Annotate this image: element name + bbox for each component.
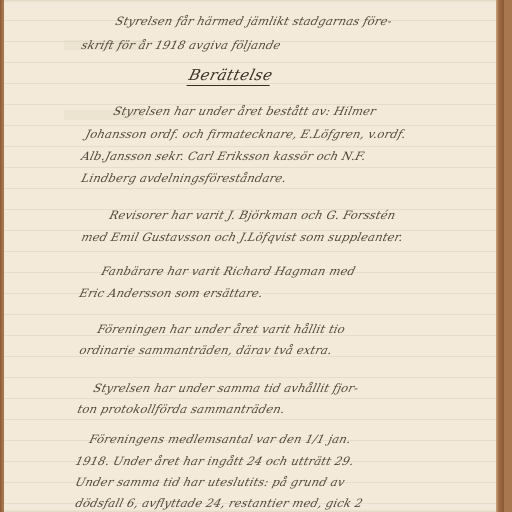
para-board-line-3: Alb.Jansson sekr. Carl Eriksson kassör o…	[80, 149, 368, 163]
para-board-meetings-line-1: Styrelsen har under samma tid avhållit f…	[92, 381, 360, 395]
para-membership-line-3: Under samma tid har uteslutits: på grund…	[74, 475, 346, 489]
intro-line-1: Styrelsen får härmed jämlikt stadgarnas …	[114, 14, 394, 28]
page-right-edge	[496, 0, 504, 512]
para-board-meetings-line-2: ton protokollförda sammanträden.	[76, 402, 287, 416]
para-auditors-line-2: med Emil Gustavsson och J.Löfqvist som s…	[80, 230, 405, 244]
intro-line-2: skrift för år 1918 avgiva följande	[80, 38, 282, 52]
para-membership-line-2: 1918. Under året har ingått 24 och utträ…	[74, 454, 356, 468]
para-meetings-line-1: Föreningen har under året varit hållit t…	[96, 322, 347, 336]
document-page: Styrelsen får härmed jämlikt stadgarnas …	[4, 0, 504, 512]
para-board-line-2: Johansson ordf. och firmatecknare, E.Löf…	[84, 127, 408, 141]
para-membership-line-4: dödsfall 6, avflyttade 24, restantier me…	[74, 496, 364, 510]
document-title: Berättelse	[187, 66, 275, 86]
para-membership-line-1: Föreningens medlemsantal var den 1/1 jan…	[88, 432, 353, 446]
para-standard-bearer-line-2: Eric Andersson som ersättare.	[78, 286, 265, 300]
para-standard-bearer-line-1: Fanbärare har varit Richard Hagman med	[100, 264, 357, 278]
para-meetings-line-2: ordinarie sammanträden, därav två extra.	[78, 343, 334, 357]
para-auditors-line-1: Revisorer har varit J. Björkman och G. F…	[108, 208, 397, 222]
para-board-line-4: Lindberg avdelningsföreståndare.	[80, 171, 288, 185]
para-board-line-1: Styrelsen har under året bestått av: Hil…	[112, 104, 378, 118]
